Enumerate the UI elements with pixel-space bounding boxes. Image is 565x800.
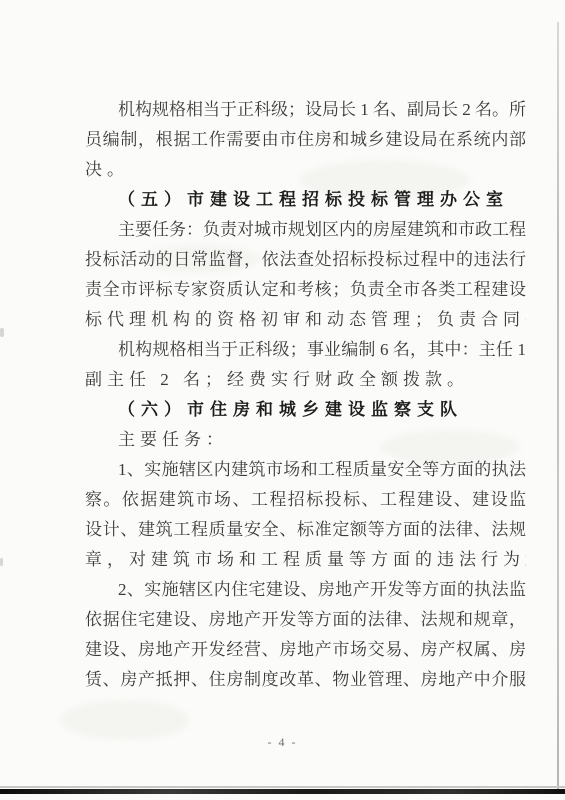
page-number: - 4 - bbox=[0, 735, 565, 750]
text-line: 机构规格相当于正科级；事业编制 6 名，其中：主任 1 名、 bbox=[85, 335, 526, 365]
text-line: 副主任 2 名；经费实行财政全额拨款。 bbox=[85, 365, 526, 395]
text-line: 标代理机构的资格初审和动态管理；负责合同备案和履行。 bbox=[85, 305, 526, 335]
text-line: 1、实施辖区内建筑市场和工程质量安全等方面的执法监 bbox=[85, 455, 526, 485]
section-6-heading: （六）市住房和城乡建设监察支队 bbox=[85, 395, 526, 425]
text-line: 建设、房地产开发经营、房地产市场交易、房产权属、房产租 bbox=[85, 635, 526, 665]
page-edge-shadow-light bbox=[0, 786, 565, 788]
section-5-heading: （五）市建设工程招标投标管理办公室 bbox=[85, 185, 526, 215]
text-line: 决。 bbox=[85, 155, 526, 185]
page-edge-shadow-dark bbox=[0, 789, 565, 794]
scan-noise-blob bbox=[60, 700, 190, 740]
text-line: 机构规格相当于正科级；设局长 1 名、副局长 2 名。所需人 bbox=[85, 95, 526, 125]
text-line: 设计、建筑工程质量安全、标准定额等方面的法律、法规和规 bbox=[85, 515, 526, 545]
text-line: 投标活动的日常监督，依法查处招标投标过程中的违法行为；负 bbox=[85, 245, 526, 275]
scan-edge-smudge bbox=[0, 328, 4, 337]
scanned-document-page: 机构规格相当于正科级；设局长 1 名、副局长 2 名。所需人 员编制，根据工作需… bbox=[0, 0, 565, 800]
text-line: 章，对建筑市场和工程质量等方面的违法行为进行监察。 bbox=[85, 545, 526, 575]
text-line: 赁、房产抵押、住房制度改革、物业管理、房地产中介服务等方 bbox=[85, 665, 526, 695]
text-line: 主要任务：负责对城市规划区内的房屋建筑和市政工程招标 bbox=[85, 215, 526, 245]
document-body: 机构规格相当于正科级；设局长 1 名、副局长 2 名。所需人 员编制，根据工作需… bbox=[85, 95, 526, 695]
scan-edge-smudge bbox=[0, 558, 3, 566]
text-line: 察。依据建筑市场、工程招标投标、工程建设、建设监理、勘察 bbox=[85, 485, 526, 515]
text-line: 责全市评标专家资质认定和考核；负责全市各类工程建设项目招 bbox=[85, 275, 526, 305]
text-line: 依据住宅建设、房地产开发等方面的法律、法规和规章，对住宅 bbox=[85, 605, 526, 635]
text-line: 2、实施辖区内住宅建设、房地产开发等方面的执法监察。 bbox=[85, 575, 526, 605]
text-line: 主要任务： bbox=[85, 425, 526, 455]
text-line: 员编制，根据工作需要由市住房和城乡建设局在系统内部调整解 bbox=[85, 125, 526, 155]
page-edge-line-right bbox=[557, 22, 559, 790]
